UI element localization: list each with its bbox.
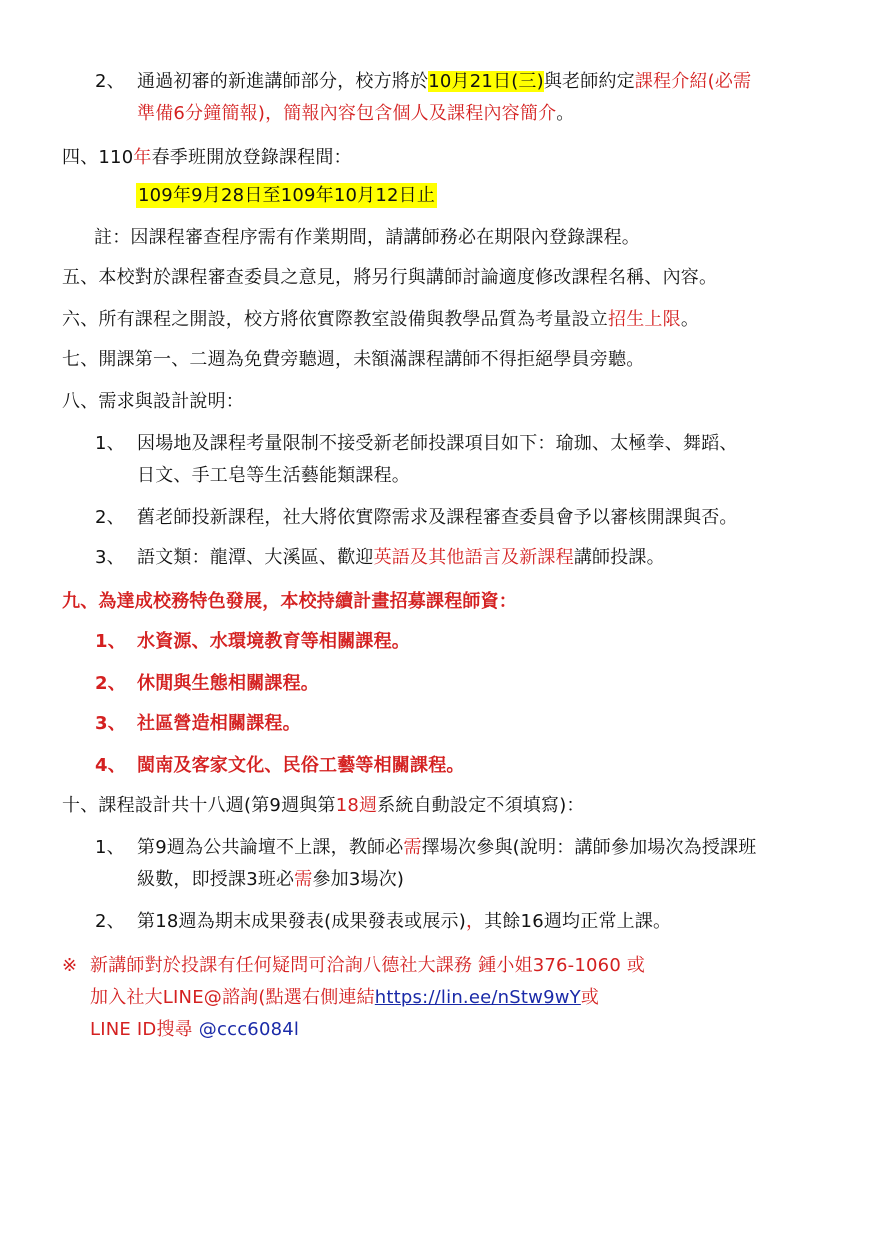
section-9-item-4: 4、閩南及客家文化、民俗工藝等相關課程。 <box>95 752 465 780</box>
section-9-item-1: 1、水資源、水環境教育等相關課程。 <box>95 628 410 656</box>
section-5: 五、本校對於課程審查委員之意見，將另行與講師討論適度修改課程名稱、內容。 <box>62 264 717 292</box>
section-6: 六、所有課程之開設，校方將依實際教室設備與教學品質為考量設立招生上限。 <box>62 306 699 334</box>
item-3-2-line-1: 2、通過初審的新進講師部分，校方將於10月21日(三)與老師約定課程介紹(必需 <box>95 68 751 96</box>
section-8-heading: 八、需求與設計說明： <box>62 388 244 416</box>
section-8-item-1-line-2: 日文、手工皂等生活藝能類課程。 <box>137 462 410 490</box>
section-8-item-1-line-1: 1、因場地及課程考量限制不接受新老師投課項目如下：瑜珈、太極拳、舞蹈、 <box>95 430 738 458</box>
section-10-item-1-line-1: 1、第9週為公共論壇不上課，教師必需擇場次參與(說明：講師參加場次為授課班 <box>95 834 756 862</box>
section-8-item-2: 2、舊老師投新課程，社大將依實際需求及課程審查委員會予以審核開課與否。 <box>95 504 738 532</box>
item-3-2-line-2: 準備6分鐘簡報)，簡報內容包含個人及課程內容簡介。 <box>137 100 574 128</box>
section-8-item-3: 3、語文類：龍潭、大溪區、歡迎英語及其他語言及新課程講師投課。 <box>95 544 665 572</box>
highlighted-date: 10月21日(三) <box>428 71 544 92</box>
highlighted-period: 109年9月28日至109年10月12日止 <box>136 183 437 208</box>
section-10-item-2: 2、第18週為期末成果發表(成果發表或展示)，其餘16週均正常上課。 <box>95 908 671 936</box>
contact-line-1: ※新講師對於投課有任何疑問可洽詢八德社大課務 鍾小姐376-1060 或 <box>62 952 645 980</box>
line-id: @ccc6084l <box>199 1019 299 1040</box>
list-number: 2、 <box>95 68 137 96</box>
reference-mark: ※ <box>62 952 90 980</box>
section-9-item-2: 2、休閒與生態相關課程。 <box>95 670 319 698</box>
contact-line-2: 加入社大LINE@諮詢(點選右側連結https://lin.ee/nStw9wY… <box>90 984 599 1012</box>
section-10-heading: 十、課程設計共十八週(第9週與第18週系統自動設定不須填寫)： <box>62 792 585 820</box>
section-7: 七、開課第一、二週為免費旁聽週，未額滿課程講師不得拒絕學員旁聽。 <box>62 346 644 374</box>
section-4-heading: 四、110年春季班開放登錄課程間： <box>62 144 352 172</box>
section-9-heading: 九、為達成校務特色發展，本校持續計畫招募課程師資： <box>62 588 517 616</box>
section-4-note: 註：因課程審查程序需有作業期間，請講師務必在期限內登錄課程。 <box>94 224 640 252</box>
contact-line-3: LINE ID搜尋 @ccc6084l <box>90 1016 299 1044</box>
line-link[interactable]: https://lin.ee/nStw9wY <box>375 987 581 1008</box>
section-9-item-3: 3、社區營造相關課程。 <box>95 710 301 738</box>
section-10-item-1-line-2: 級數，即授課3班必需參加3場次) <box>137 866 404 894</box>
registration-period: 109年9月28日至109年10月12日止 <box>136 182 437 210</box>
